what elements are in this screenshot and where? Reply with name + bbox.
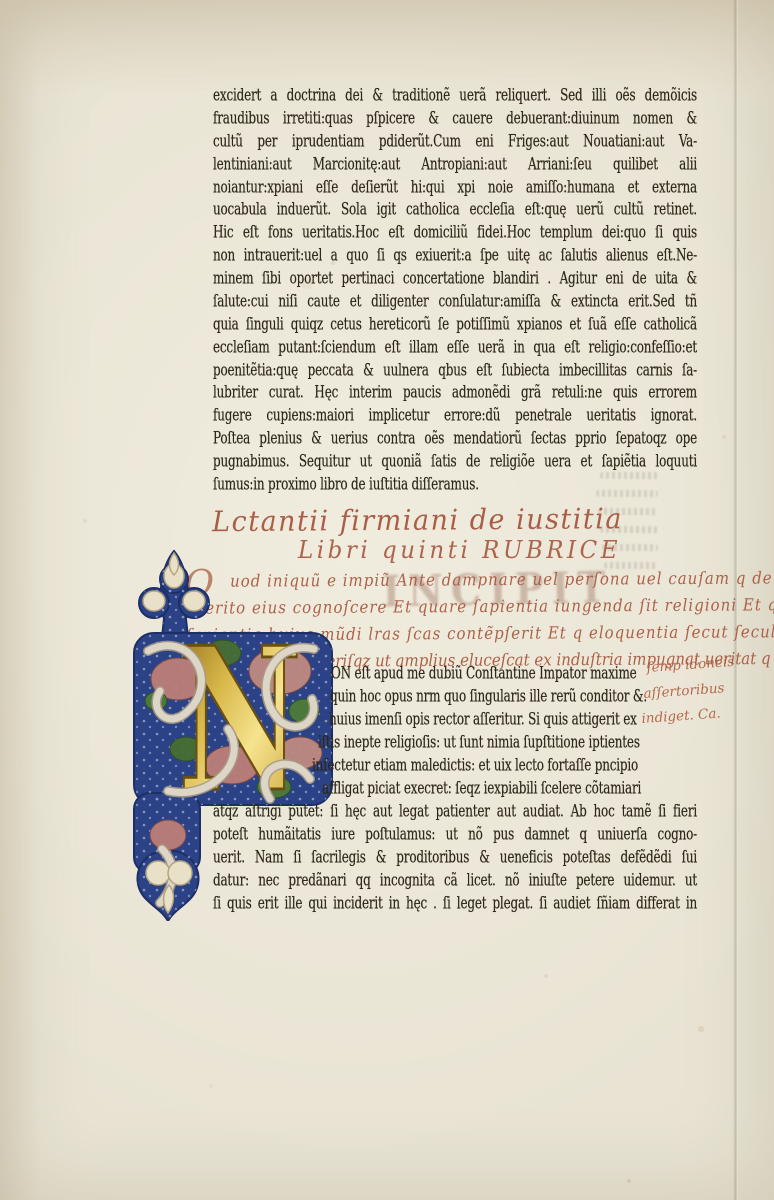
rubric-heading-line-1: Lctantii firmiani de iustitia [212,503,623,539]
verso-show-through [600,472,658,479]
margin-note: aſſertoribus [643,680,725,702]
text-line: excidert a doctrina dei & traditionẽ uer… [213,85,697,105]
text-line: lentiniani:aut Marcionitę:aut Antropiani… [213,154,697,174]
text-line: noiantur:xpiani eſſe deſierũt hi:qui xpi… [213,177,697,197]
text-line: fugere cupiens:maiori implicetur errore:… [213,405,697,425]
foxing-specks [0,0,2,2]
text-line: iſtis inepte religioſis: ut ſunt nimia ſ… [318,732,640,752]
text-line: lubriter curat. Hęc interim paucis admon… [213,382,697,402]
text-line: uocabula induerũt. Sola igit catholica e… [213,199,697,219]
text-line: ON eſt apud me dubiũ Conſtantine Impator… [331,663,637,683]
text-line: poenitẽtia:quę peccata & uulnera qbus eſ… [213,360,697,380]
text-line: uerit. Nam ſi ſacrilegis & proditoribus … [213,847,697,867]
margin-note: indiget. Ca. [641,705,721,726]
rubric-heading-line-2: Libri quinti RUBRICE [298,537,621,564]
manuscript-page: excidert a doctrina dei & traditionẽ uer… [0,0,774,1200]
text-line: eccleſiam putant:ſciendum eſt illam eſſe… [213,337,697,357]
text-line: non intrauerit:uel a quo ſi qs exiuerit:… [213,245,697,265]
text-line: ſalute:cui niſi caute et diligenter conſ… [213,291,697,311]
text-line: quia ſinguli quiqz cetus hereticorũ ſe p… [213,314,697,334]
text-line: cultũ per iprudentiam pdiderũt.Cum eni F… [213,131,697,151]
text-line: datur: nec predãnari qq incognita cã lic… [213,870,697,890]
text-line: quin hoc opus nrm quo ſingularis ille re… [330,686,647,706]
text-line: poteſt humãitatis iure poſtulamus: ut nõ… [213,824,697,844]
text-line: Hic eſt fons ueritatis.Hoc eſt domiciliũ… [213,222,697,242]
text-line: pugnabimus. Sequitur ut quoniã ſatis de … [213,451,697,471]
text-line: affligat piciat execret: ſeqz iexpiabili… [322,778,641,798]
text-line: ſi quis erit ille qui inciderit in hęc .… [213,893,697,913]
text-line: huius imenſi opis rector aſſeritur. Si q… [329,709,637,729]
text-line: atqz aſtrigi putet: ſi hęc aut legat pat… [213,801,697,821]
text-line: ſumus:in proximo libro de iuſtitia diſſe… [213,474,479,494]
text-line: Poſtea plenius & uerius contra oẽs menda… [213,428,697,448]
text-line: minem ſibi oportet pertinaci concertatio… [213,268,697,288]
text-line: fraudibus irretiti:quas pſpicere & cauer… [213,108,697,128]
verso-show-through [596,490,658,497]
text-line: inſectetur etiam maledictis: et uix lect… [312,755,638,775]
